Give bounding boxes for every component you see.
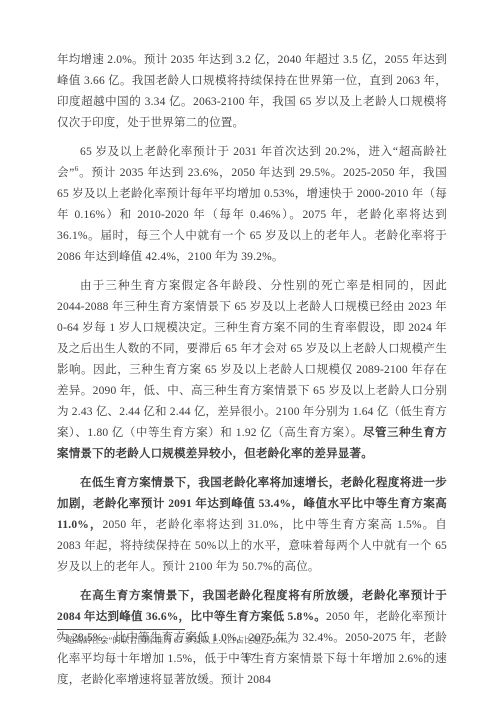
paragraph: 由于三种生育方案假定各年龄段、分性别的死亡率是相同的，因此 2044-2088 …: [57, 276, 447, 465]
page-number: - 17 -: [0, 653, 500, 664]
footnote: 6“超高龄社会”的联合国标准为 65 岁及以上人口占比超过 20%。: [57, 634, 447, 647]
paragraph: 65 岁及以上老龄化率预计于 2031 年首次达到 20.2%，进入“超高龄社会…: [57, 142, 447, 268]
document-page: 年均增速 2.0%。预计 2035 年达到 3.2 亿，2040 年超过 3.5…: [0, 0, 500, 707]
text-run: 由于三种生育方案假定各年龄段、分性别的死亡率是相同的，因此 2044-2088 …: [57, 280, 447, 439]
paragraph: 年均增速 2.0%。预计 2035 年达到 3.2 亿，2040 年超过 3.5…: [57, 50, 447, 134]
text-run: 年均增速 2.0%。预计 2035 年达到 3.2 亿，2040 年超过 3.5…: [57, 54, 447, 129]
footnote-marker: 6: [57, 634, 60, 641]
footnote-text: “超高龄社会”的联合国标准为 65 岁及以上人口占比超过 20%。: [62, 635, 296, 645]
paragraph: 在低生育方案情景下，我国老龄化率将加速增长，老龄化程度将进一步加剧，老龄化率预计…: [57, 473, 447, 578]
document-body: 年均增速 2.0%。预计 2035 年达到 3.2 亿，2040 年超过 3.5…: [57, 50, 447, 699]
text-run: 2050 年，老龄化率将达到 31.0%，比中等生育方案高 1.5%。自 208…: [57, 519, 447, 573]
text-run: 。预计 2035 年达到 23.6%，2050 年达到 29.5%。2025-2…: [57, 167, 447, 263]
footnote-divider: [57, 629, 185, 630]
